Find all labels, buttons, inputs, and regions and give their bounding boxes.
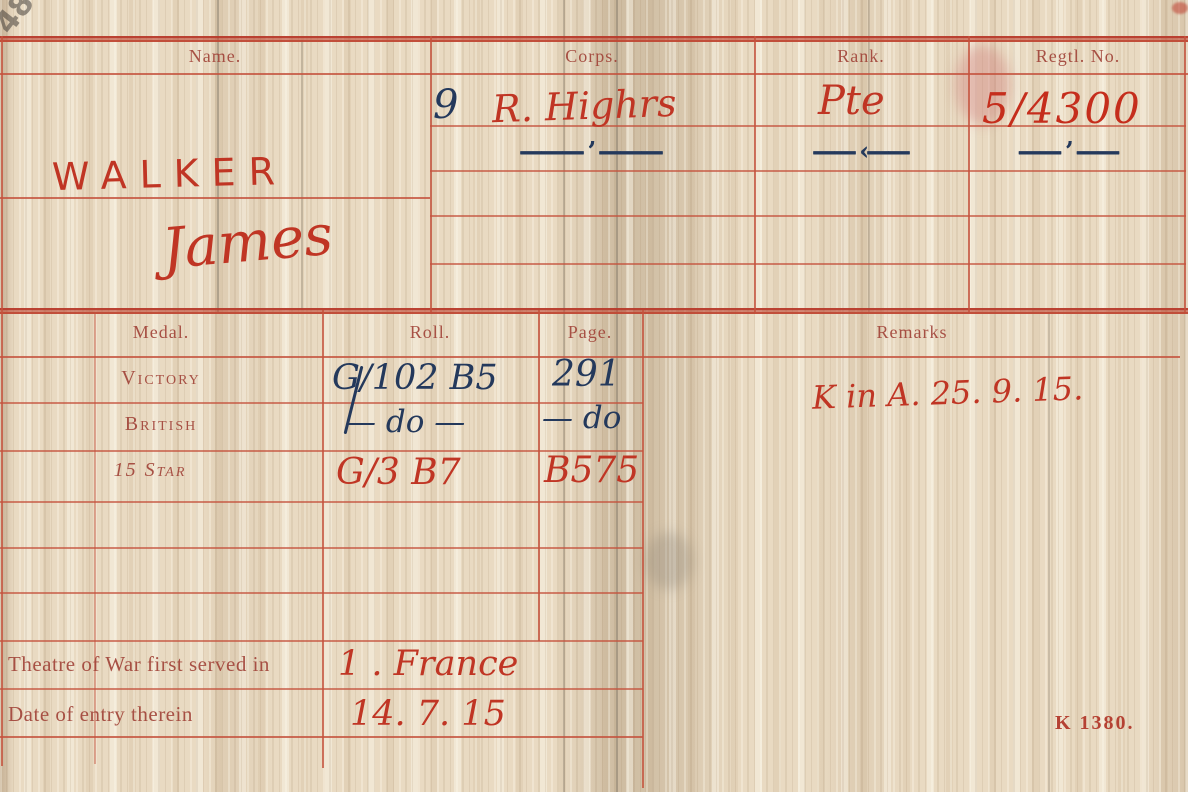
theatre-of-war-value: 1 . France [338,644,518,684]
rule-line [430,170,1186,172]
rule-medal-roll-divider [322,310,324,768]
star-roll-value: G/3 B7 [336,452,461,493]
rank-value: Pte [818,78,885,124]
form-code: K 1380. [1055,712,1175,735]
rule-corps-rank-divider [754,36,756,312]
rule-line [430,215,1186,217]
corps-ditto-mark: ——— ʼ ——— [440,136,740,165]
rule-top-border [0,36,1188,42]
pencil-annotation: 48 [0,0,42,41]
rule-left-edge [1,36,3,766]
rule-section-divider [0,308,1188,314]
medal-index-card: 48 Name. Corps. Rank. Regtl. No. 9 R. Hi… [0,0,1188,792]
corps-column-header: Corps. [430,46,754,67]
rule-rank-regtl-divider [968,36,970,312]
page-column-header: Page. [538,322,642,343]
name-column-header: Name. [0,46,430,67]
rule-line [430,263,1186,265]
roll-column-header: Roll. [322,322,538,343]
victory-page-value: 291 [552,354,621,395]
corps-value: R. Highrs [491,81,677,131]
rule-page-remarks-divider [642,310,644,788]
rank-column-header: Rank. [754,46,968,67]
rank-ditto-mark: —— ‹—— [765,136,955,165]
corner-mark [1172,2,1188,14]
medal-column-header: Medal. [0,322,322,343]
remarks-column-header: Remarks [642,322,1182,343]
paper-smudge [645,532,693,590]
corps-unit-number-value: 9 [433,82,458,128]
regtl-no-column-header: Regtl. No. [968,46,1188,67]
british-page-ditto-value: — do [542,400,621,436]
date-of-entry-value: 14. 7. 15 [350,694,506,734]
remarks-value: K in A. 25. 9. 15. [811,369,1083,416]
rule-right-edge [1184,36,1186,312]
regtl-no-value: 5/4300 [982,84,1142,133]
rule-name-corps-divider [430,36,432,312]
medal-row-label-15star: 15 Star [30,459,270,482]
forename-value: James [159,203,335,283]
date-of-entry-label: Date of entry therein [8,702,328,727]
star-page-value: B575 [544,450,639,491]
surname-value: WALKER [51,149,288,199]
medal-row-label-victory: Victory [0,367,322,390]
theatre-of-war-label: Theatre of War first served in [8,652,328,677]
rule-roll-page-divider [538,310,540,641]
rule-header-underline [0,73,1188,75]
regtl-ditto-mark: —— ʼ —— [975,136,1160,165]
british-roll-ditto-value: — do — [345,404,465,440]
medal-row-label-british: British [0,413,322,436]
